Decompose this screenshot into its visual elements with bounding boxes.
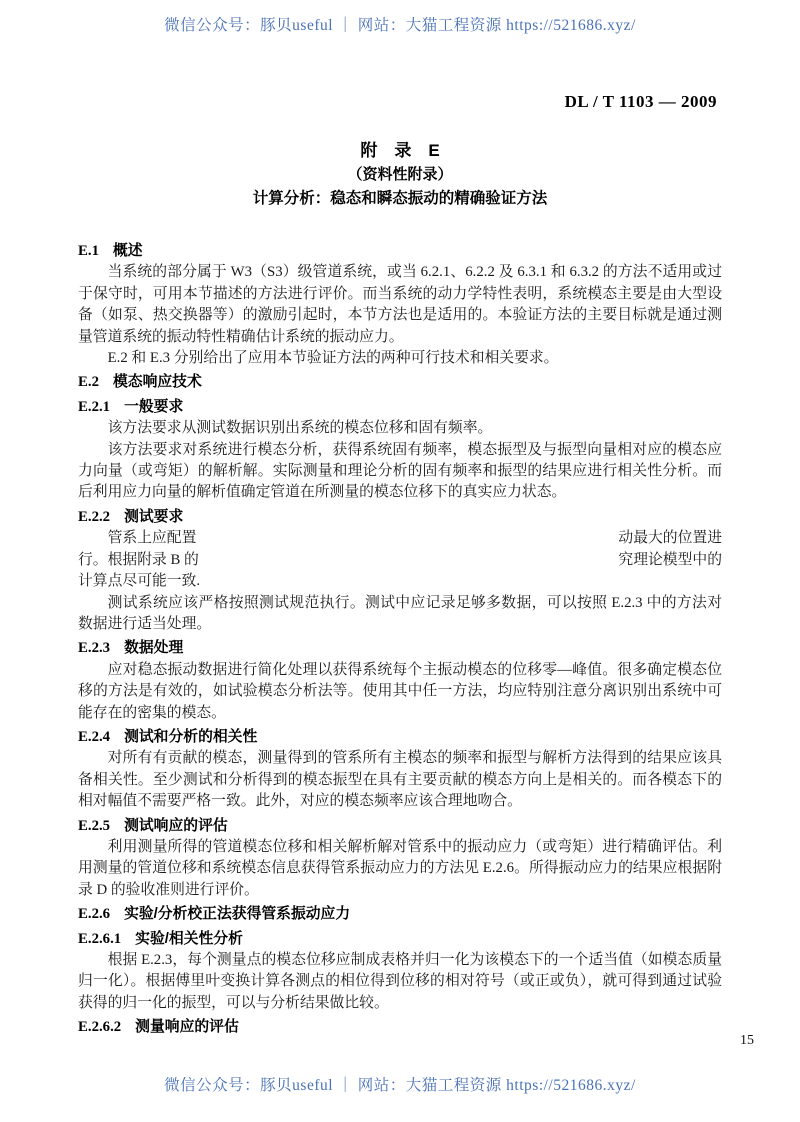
section-heading-e261: E.2.6.1实验/相关性分析 (78, 929, 722, 950)
section-heading-e1: E.1概述 (78, 241, 722, 262)
section-title: 数据处理 (124, 640, 183, 656)
appendix-method-title: 计算分析：稳态和瞬态振动的精确验证方法 (78, 188, 722, 209)
section-heading-e26: E.2.6实验/分析校正法获得管系振动应力 (78, 904, 722, 925)
text-fragment: 动最大的位置进 (618, 528, 722, 549)
section-title: 测试响应的评估 (124, 818, 228, 834)
paragraph: E.2 和 E.3 分别给出了应用本节验证方法的两种可行技术和相关要求。 (78, 348, 722, 369)
section-heading-e22: E.2.2测试要求 (78, 507, 722, 528)
section-heading-e24: E.2.4测试和分析的相关性 (78, 727, 722, 748)
section-id: E.2.3 (78, 640, 110, 656)
section-title: 测试要求 (124, 509, 183, 525)
section-heading-e23: E.2.3数据处理 (78, 638, 722, 659)
appendix-title: 附 录 E (78, 140, 722, 162)
section-title: 模态响应技术 (113, 374, 202, 390)
section-heading-e262: E.2.6.2测量响应的评估 (78, 1017, 722, 1038)
paragraph: 对所有有贡献的模态，测量得到的管系所有主模态的频率和振型与解析方法得到的结果应该… (78, 748, 722, 812)
section-title: 实验/分析校正法获得管系振动应力 (124, 906, 350, 922)
redacted-line: 计算点尽可能一致. (78, 571, 722, 592)
section-id: E.2.6.2 (78, 1019, 121, 1035)
paragraph: 应对稳态振动数据进行简化处理以获得系统每个主振动模态的位移零—峰值。很多确定模态… (78, 660, 722, 724)
page-number: 15 (740, 1033, 754, 1049)
appendix-subtitle: （资料性附录） (78, 164, 722, 185)
section-id: E.2.4 (78, 729, 110, 745)
redaction-gap (200, 571, 722, 592)
section-heading-e25: E.2.5测试响应的评估 (78, 816, 722, 837)
watermark-top: 微信公众号：豚贝useful ｜ 网站：大猫工程资源 https://52168… (0, 13, 800, 35)
section-id: E.1 (78, 243, 99, 259)
section-id: E.2.2 (78, 509, 110, 525)
standard-number: DL / T 1103 — 2009 (565, 92, 717, 112)
section-title: 概述 (113, 243, 143, 259)
redaction-gap (199, 550, 619, 571)
appendix-title-block: 附 录 E （资料性附录） 计算分析：稳态和瞬态振动的精确验证方法 (78, 140, 722, 209)
section-title: 测试和分析的相关性 (124, 729, 257, 745)
document-page: 微信公众号：豚贝useful ｜ 网站：大猫工程资源 https://52168… (0, 0, 800, 1122)
text-fragment: 管系上应配置 (78, 528, 196, 549)
section-id: E.2 (78, 374, 99, 390)
paragraph: 该方法要求对系统进行模态分析，获得系统固有频率，模态振型及与振型向量相对应的模态… (78, 440, 722, 504)
redacted-line: 行。根据附录 B 的 究理论模型中的 (78, 550, 722, 571)
paragraph: 该方法要求从测试数据识别出系统的模态位移和固有频率。 (78, 418, 722, 439)
redaction-gap (196, 528, 618, 549)
watermark-bottom: 微信公众号：豚贝useful ｜ 网站：大猫工程资源 https://52168… (0, 1073, 800, 1095)
section-id: E.2.1 (78, 399, 110, 415)
section-id: E.2.6.1 (78, 931, 121, 947)
page-content: 附 录 E （资料性附录） 计算分析：稳态和瞬态振动的精确验证方法 E.1概述 … (78, 140, 722, 1039)
paragraph: 利用测量所得的管道模态位移和相关解析解对管系中的振动应力（或弯矩）进行精确评估。… (78, 837, 722, 901)
text-fragment: 究理论模型中的 (618, 550, 722, 571)
section-heading-e2: E.2模态响应技术 (78, 372, 722, 393)
redacted-line: 管系上应配置 动最大的位置进 (78, 528, 722, 549)
section-id: E.2.6 (78, 906, 110, 922)
text-fragment: 行。根据附录 B 的 (78, 550, 199, 571)
document-body: E.1概述 当系统的部分属于 W3（S3）级管道系统，或当 6.2.1、6.2.… (78, 241, 722, 1039)
paragraph: 测试系统应该严格按照测试规范执行。测试中应记录足够多数据，可以按照 E.2.3 … (78, 593, 722, 636)
section-heading-e21: E.2.1一般要求 (78, 397, 722, 418)
section-id: E.2.5 (78, 818, 110, 834)
paragraph: 根据 E.2.3，每个测量点的模态位移应制成表格并归一化为该模态下的一个适当值（… (78, 950, 722, 1014)
section-title: 实验/相关性分析 (135, 931, 243, 947)
section-title: 测量响应的评估 (135, 1019, 239, 1035)
paragraph: 当系统的部分属于 W3（S3）级管道系统，或当 6.2.1、6.2.2 及 6.… (78, 262, 722, 348)
section-title: 一般要求 (124, 399, 183, 415)
text-fragment: 计算点尽可能一致. (78, 571, 200, 592)
